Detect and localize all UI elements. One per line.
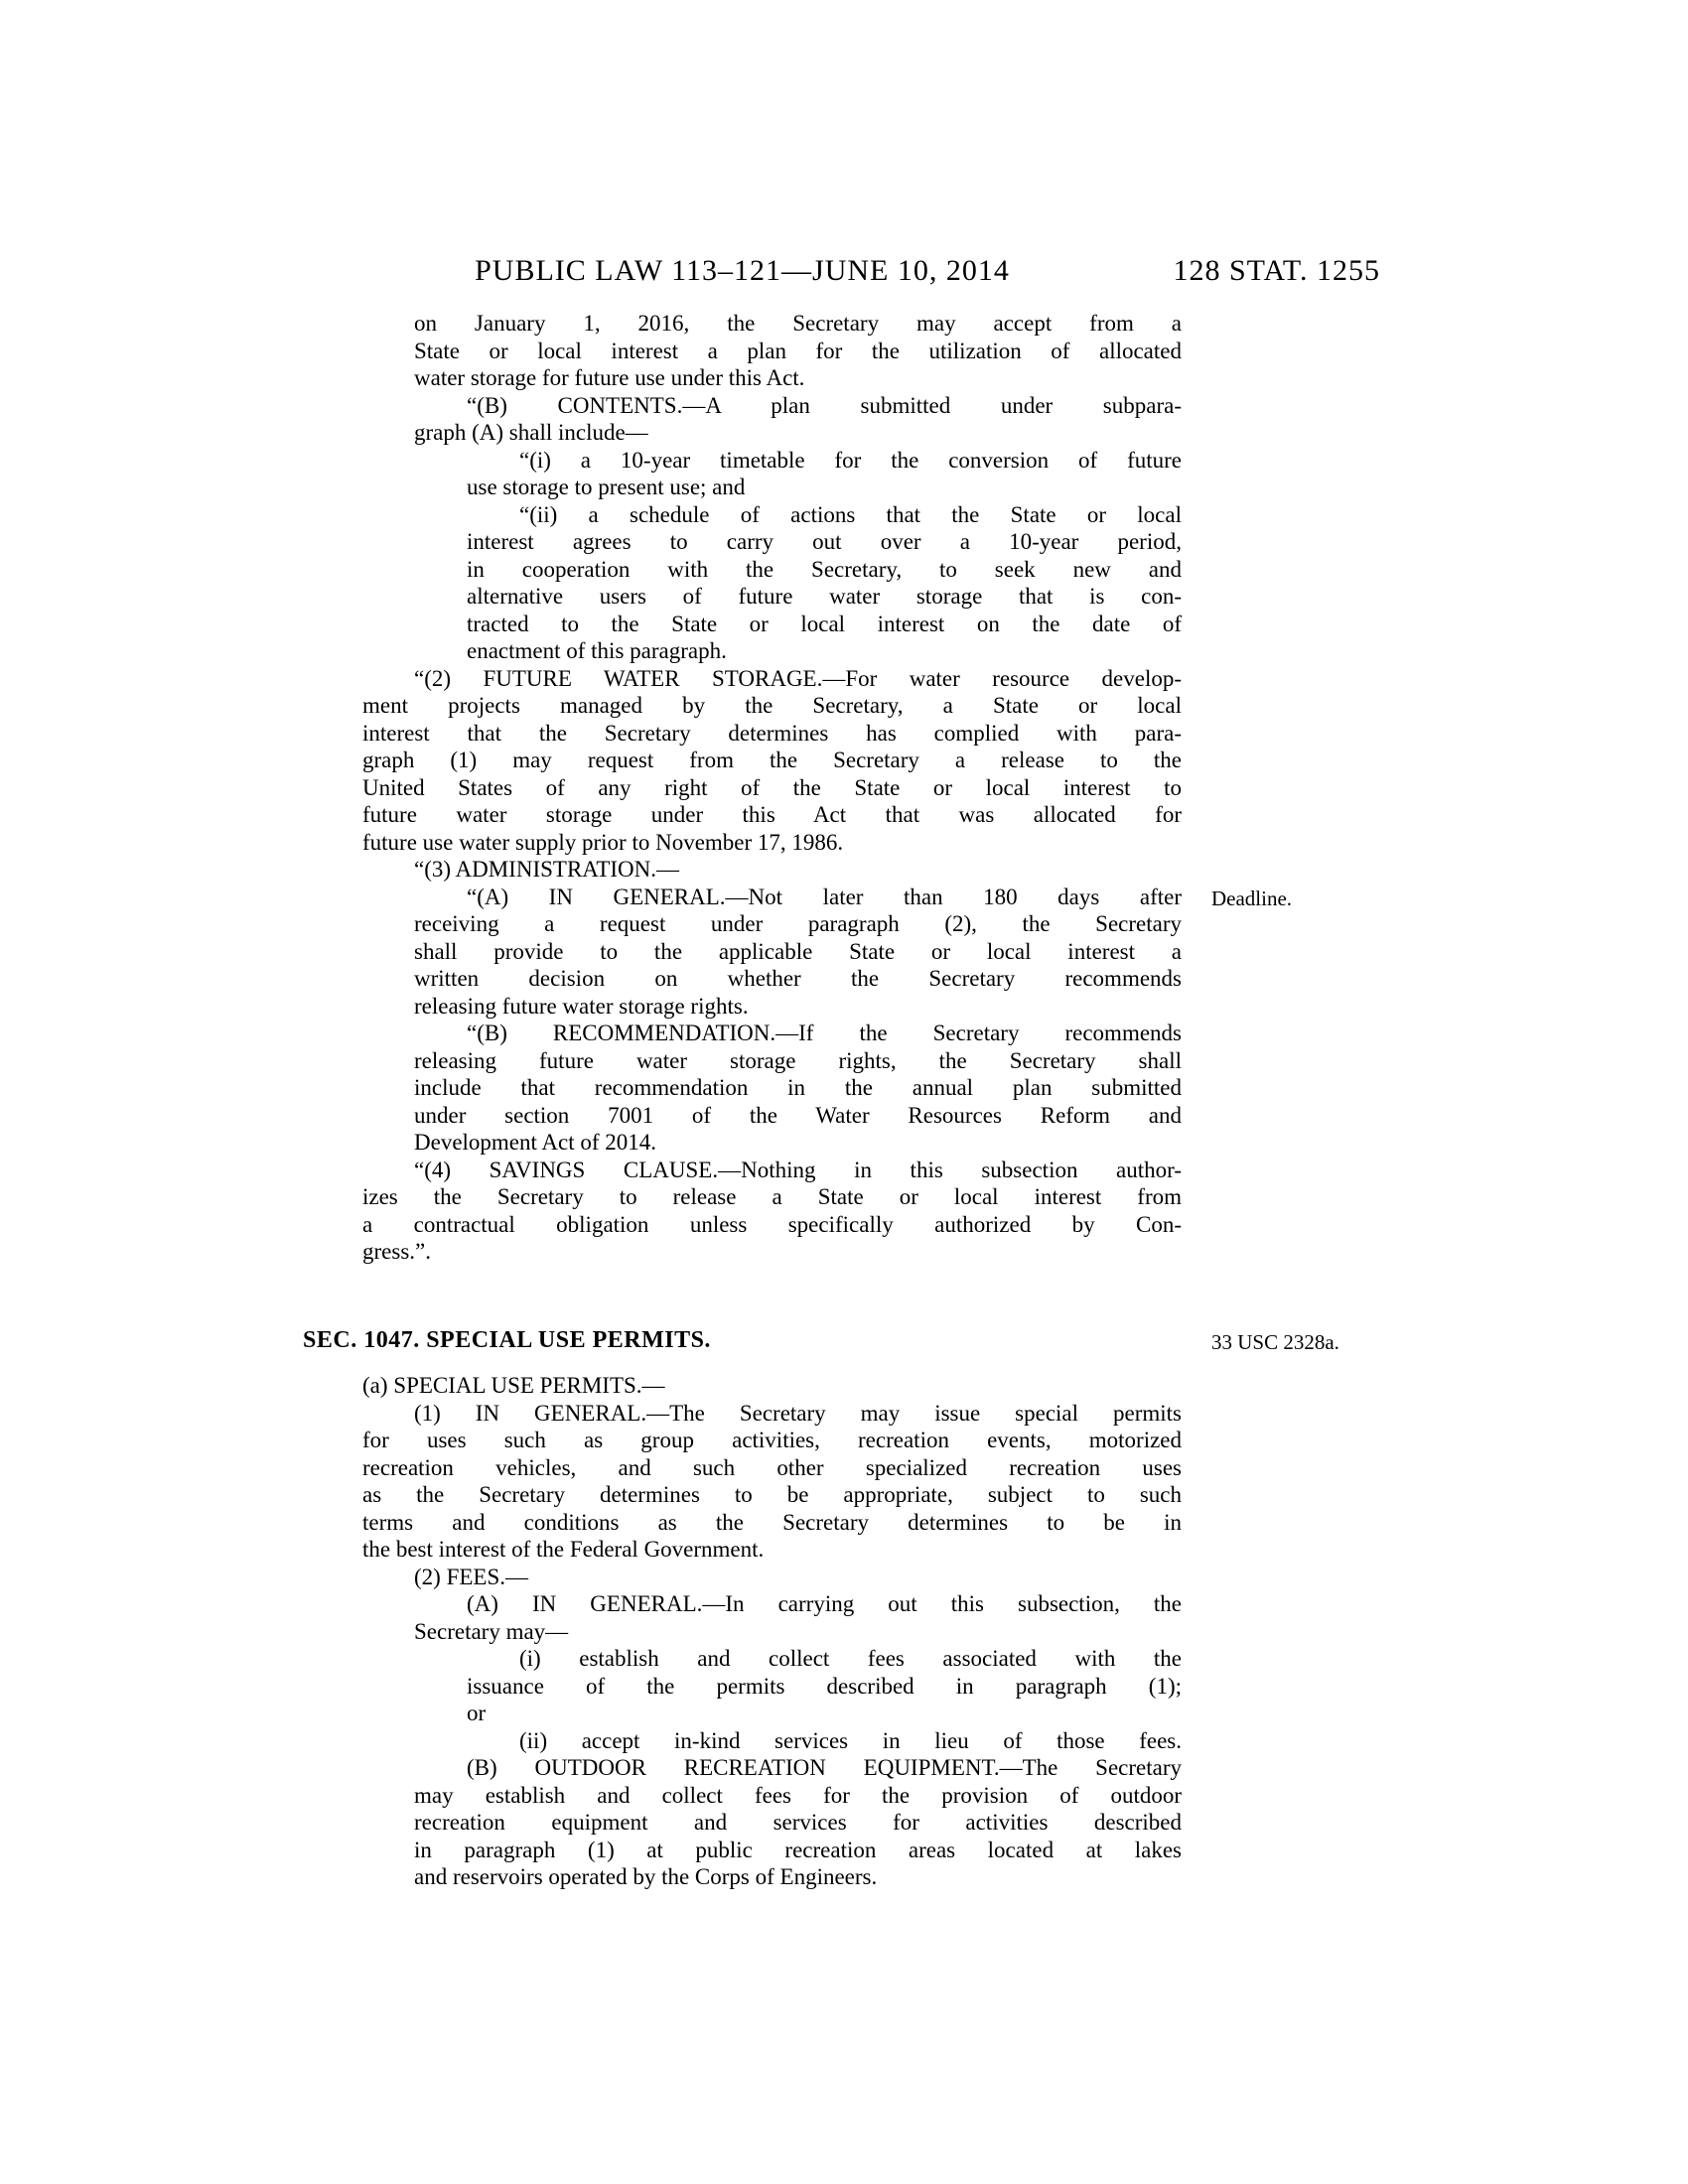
text-line: tracted to the State or local interest o… xyxy=(467,611,1182,638)
text-line: (a) SPECIAL USE PERMITS.— xyxy=(362,1372,1182,1400)
text-line: “(2) FUTURE WATER STORAGE.—For water res… xyxy=(414,665,1182,693)
clause-i: “(i) a 10-year timetable for the convers… xyxy=(303,447,1182,501)
para-2-future-water-storage: “(2) FUTURE WATER STORAGE.—For water res… xyxy=(303,665,1182,857)
text-line: gress.”. xyxy=(362,1238,1182,1266)
subpara-B-contents: “(B) CONTENTS.—A plan submitted under su… xyxy=(303,392,1182,447)
text-line: written decision on whether the Secretar… xyxy=(414,965,1182,993)
text-line: “(A) IN GENERAL.—Not later than 180 days… xyxy=(467,884,1182,911)
text-line: in paragraph (1) at public recreation ar… xyxy=(414,1837,1182,1864)
subpara-B-outdoor-recreation-equipment: (B) OUTDOOR RECREATION EQUIPMENT.—The Se… xyxy=(303,1754,1182,1891)
text-line: a contractual obligation unless specific… xyxy=(362,1211,1182,1239)
running-head-law-title: PUBLIC LAW 113–121—JUNE 10, 2014 xyxy=(303,254,1182,288)
subpara-B-recommendation: “(B) RECOMMENDATION.—If the Secretary re… xyxy=(303,1020,1182,1157)
text-line: may establish and collect fees for the p… xyxy=(414,1782,1182,1810)
text-line: issuance of the permits described in par… xyxy=(467,1673,1182,1701)
text-line: releasing future water storage rights. xyxy=(414,993,1182,1021)
text-line: recreation vehicles, and such other spec… xyxy=(362,1454,1182,1482)
text-line: for uses such as group activities, recre… xyxy=(362,1427,1182,1454)
running-head-stat-page: 128 STAT. 1255 xyxy=(1173,254,1380,288)
text-line: in cooperation with the Secretary, to se… xyxy=(467,556,1182,584)
para-4-savings-clause: “(4) SAVINGS CLAUSE.—Nothing in this sub… xyxy=(303,1157,1182,1266)
text-line: graph (A) shall include— xyxy=(414,419,1182,447)
text-line: (A) IN GENERAL.—In carrying out this sub… xyxy=(467,1590,1182,1618)
text-line: ment projects managed by the Secretary, … xyxy=(362,692,1182,720)
text-line: graph (1) may request from the Secretary… xyxy=(362,747,1182,774)
text-line: under section 7001 of the Water Resource… xyxy=(414,1102,1182,1130)
clause-ii-fees: (ii) accept in-kind services in lieu of … xyxy=(303,1727,1182,1755)
text-line: releasing future water storage rights, t… xyxy=(414,1047,1182,1075)
text-line: future use water supply prior to Novembe… xyxy=(362,829,1182,857)
text-line: United States of any right of the State … xyxy=(362,774,1182,802)
page: PUBLIC LAW 113–121—JUNE 10, 2014 128 STA… xyxy=(0,0,1688,2184)
subsec-a-special-use-permits: (a) SPECIAL USE PERMITS.— xyxy=(303,1372,1182,1400)
text-line: or xyxy=(467,1700,1182,1727)
text-line: on January 1, 2016, the Secretary may ac… xyxy=(414,310,1182,338)
para-1-in-general: (1) IN GENERAL.—The Secretary may issue … xyxy=(303,1400,1182,1564)
text-line: use storage to present use; and xyxy=(467,474,1182,501)
text-line: include that recommendation in the annua… xyxy=(414,1074,1182,1102)
text-line: shall provide to the applicable State or… xyxy=(414,938,1182,966)
running-head: PUBLIC LAW 113–121—JUNE 10, 2014 128 STA… xyxy=(0,254,1688,294)
margin-note: 33 USC 2328a. xyxy=(1211,1330,1339,1354)
clause-ii: “(ii) a schedule of actions that the Sta… xyxy=(303,501,1182,665)
text-line: “(ii) a schedule of actions that the Sta… xyxy=(519,501,1182,529)
para-3-administration: “(3) ADMINISTRATION.— xyxy=(303,856,1182,884)
text-line: Development Act of 2014. xyxy=(414,1129,1182,1157)
text-line: (ii) accept in-kind services in lieu of … xyxy=(519,1727,1182,1755)
text-line: (B) OUTDOOR RECREATION EQUIPMENT.—The Se… xyxy=(467,1754,1182,1782)
text-line: Secretary may— xyxy=(414,1618,1182,1646)
text-line: water storage for future use under this … xyxy=(414,364,1182,392)
clause-i-fees: (i) establish and collect fees associate… xyxy=(303,1645,1182,1727)
text-line: “(i) a 10-year timetable for the convers… xyxy=(519,447,1182,475)
text-line: (1) IN GENERAL.—The Secretary may issue … xyxy=(414,1400,1182,1428)
text-line: interest that the Secretary determines h… xyxy=(362,720,1182,748)
text-line: receiving a request under paragraph (2),… xyxy=(414,910,1182,938)
text-line: “(B) RECOMMENDATION.—If the Secretary re… xyxy=(467,1020,1182,1047)
para-continuation: on January 1, 2016, the Secretary may ac… xyxy=(303,310,1182,392)
text-line: interest agrees to carry out over a 10-y… xyxy=(467,528,1182,556)
text-line: alternative users of future water storag… xyxy=(467,583,1182,611)
subpara-A-in-general: “(A) IN GENERAL.—Not later than 180 days… xyxy=(303,884,1182,1021)
text-line: (2) FEES.— xyxy=(414,1564,1182,1591)
text-line: enactment of this paragraph. xyxy=(467,637,1182,665)
text-line: the best interest of the Federal Governm… xyxy=(362,1536,1182,1564)
text-line: “(3) ADMINISTRATION.— xyxy=(414,856,1182,884)
sec-1047-heading: SEC. 1047. SPECIAL USE PERMITS.33 USC 23… xyxy=(303,1327,1182,1355)
margin-note: Deadline. xyxy=(1211,887,1292,910)
text-line: recreation equipment and services for ac… xyxy=(414,1809,1182,1837)
text-line: (i) establish and collect fees associate… xyxy=(519,1645,1182,1673)
text-line: future water storage under this Act that… xyxy=(362,801,1182,829)
statute-body: on January 1, 2016, the Secretary may ac… xyxy=(303,310,1182,1891)
text-line: as the Secretary determines to be approp… xyxy=(362,1481,1182,1509)
text-line: “(4) SAVINGS CLAUSE.—Nothing in this sub… xyxy=(414,1157,1182,1184)
text-line: izes the Secretary to release a State or… xyxy=(362,1183,1182,1211)
text-line: terms and conditions as the Secretary de… xyxy=(362,1509,1182,1537)
para-2-fees: (2) FEES.— xyxy=(303,1564,1182,1591)
subpara-A-in-general-fees: (A) IN GENERAL.—In carrying out this sub… xyxy=(303,1590,1182,1645)
text-line: “(B) CONTENTS.—A plan submitted under su… xyxy=(467,392,1182,420)
text-line: SEC. 1047. SPECIAL USE PERMITS. xyxy=(303,1327,1182,1355)
text-line: State or local interest a plan for the u… xyxy=(414,338,1182,365)
text-line: and reservoirs operated by the Corps of … xyxy=(414,1863,1182,1891)
